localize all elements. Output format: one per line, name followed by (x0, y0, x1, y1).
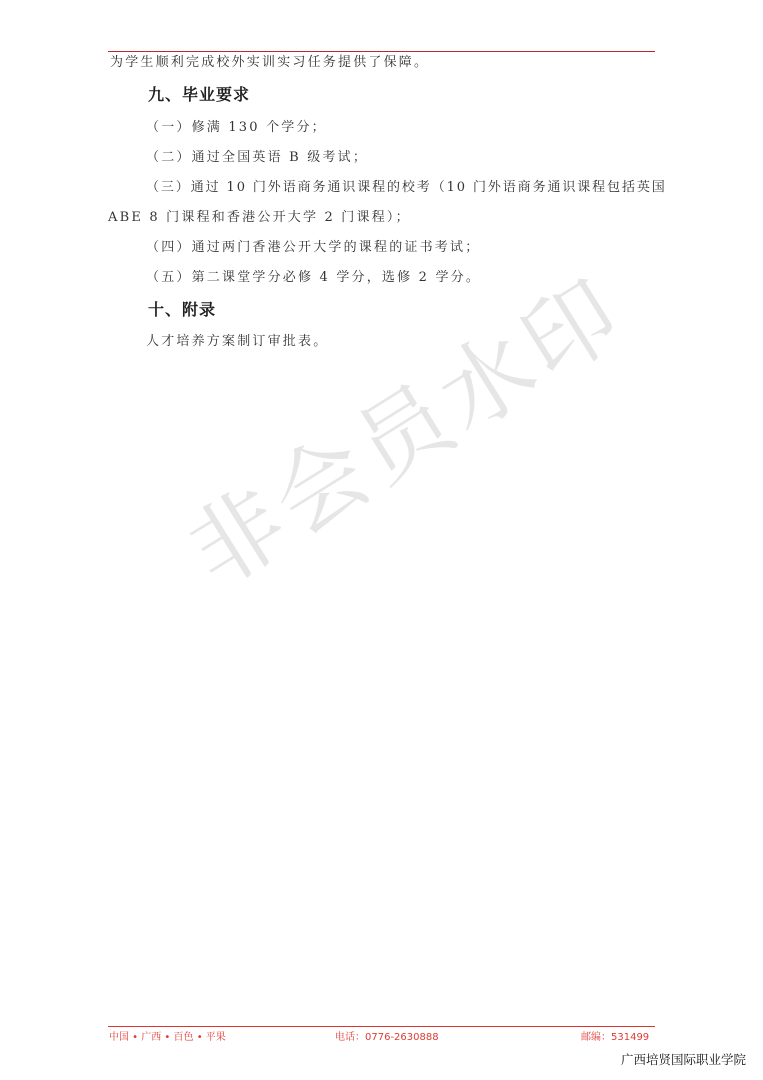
document-page: 为学生顺利完成校外实训实习任务提供了保障。 九、毕业要求 （一）修满 130 个… (0, 0, 763, 1080)
requirement-item-4: （四）通过两门香港公开大学的课程的证书考试； (146, 240, 480, 256)
requirement-item-3-line-1: （三）通过 10 门外语商务通识课程的校考（10 门外语商务通识课程包括英国 (146, 180, 667, 196)
continuation-paragraph: 为学生顺利完成校外实训实习任务提供了保障。 (110, 55, 429, 71)
section-heading-graduation-requirements: 九、毕业要求 (148, 85, 250, 105)
requirement-item-3-line-2: ABE 8 门课程和香港公开大学 2 门课程）； (108, 210, 411, 226)
requirement-item-2: （二）通过全国英语 B 级考试； (146, 150, 368, 166)
requirement-item-1: （一）修满 130 个学分； (146, 120, 327, 136)
watermark-text: 非会员水印 (160, 240, 646, 612)
header-rule (108, 51, 655, 52)
requirement-item-5: （五）第二课堂学分必修 4 学分，选修 2 学分。 (146, 270, 481, 286)
section-heading-appendix: 十、附录 (148, 300, 216, 320)
footer-phone: 电话：0776-2630888 (335, 1031, 439, 1044)
appendix-item-1: 人才培养方案制订审批表。 (146, 334, 328, 350)
footer-rule (108, 1026, 655, 1027)
footer-location: 中国 • 广西 • 百色 • 平果 (109, 1031, 226, 1044)
footer-postcode: 邮编：531499 (581, 1031, 649, 1044)
school-name: 广西培贤国际职业学院 (621, 1052, 746, 1068)
